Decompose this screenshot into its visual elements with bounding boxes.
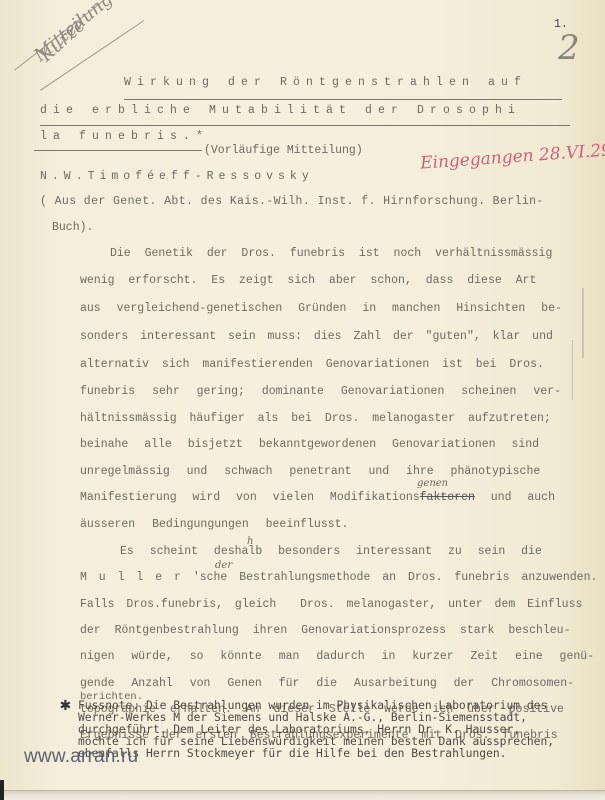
body-line: aus vergleichend-genetischen Gründen in … <box>80 302 562 316</box>
document-page: Kurze Mitteilung. 1. 2 Wirkung der Röntg… <box>0 0 605 800</box>
title-underline <box>34 150 202 151</box>
body-line: der Röntgenbestrahlung ihren Genovariati… <box>80 624 570 638</box>
author: N.W.Timoféeff-Ressovsky <box>40 170 314 184</box>
body-line: äusseren Bedingungungen beeinflusst. <box>80 518 348 532</box>
body-line-tail: und auch <box>475 491 555 504</box>
body-line: beinahe alle bisjetzt bekanntgewordenen … <box>80 438 539 452</box>
title-line-2: die erbliche Mutabilität der Drosophi <box>40 104 521 118</box>
footnote-marker-icon: ✱ <box>60 694 71 716</box>
title-underline <box>40 125 570 126</box>
insertion-der: der <box>215 560 232 571</box>
body-line: unregelmässig und schwach penetrant und … <box>80 465 540 479</box>
body-line-with-strike: Manifestierung wird von vielen Modifikat… <box>80 491 555 505</box>
body-line: funebris sehr gering; dominante Genovari… <box>80 385 561 399</box>
body-line: M u l l e r 'sche Bestrahlungsmethode an… <box>80 571 597 585</box>
subtitle: (Vorläufige Mitteilung) <box>204 144 363 158</box>
received-stamp: Eingegangen 28.VI.29 <box>420 140 605 173</box>
body-line: Die Genetik der Dros. funebris ist noch … <box>110 247 552 261</box>
insertion-h: h <box>247 536 253 547</box>
pencil-note-line-2: Mitteilung. <box>30 0 121 66</box>
struck-word: faktoren <box>420 491 475 504</box>
page-bottom-edge <box>0 790 605 800</box>
body-line: alternativ sich manifestierenden Genovar… <box>80 358 544 372</box>
body-line-text: Manifestierung wird von vielen Modifikat… <box>80 491 420 504</box>
body-line: sonders interessant sein muss: dies Zahl… <box>80 330 553 344</box>
watermark: www.arran.ru <box>24 746 138 768</box>
page-left-shadow <box>0 780 4 800</box>
affiliation-line-2: Buch). <box>52 221 93 235</box>
insertion-genen: genen <box>417 478 448 489</box>
body-line: Falls Dros.funebris, gleich Dros. melano… <box>80 598 582 612</box>
handwritten-page-number: 2 <box>558 28 580 68</box>
margin-pencil-mark <box>572 340 573 400</box>
body-line: hältnissmässig häufiger als bei Dros. me… <box>80 412 551 426</box>
title-underline <box>124 99 562 100</box>
margin-pencil-mark <box>582 288 584 358</box>
body-line: wenig erforscht. Es zeigt sich aber scho… <box>80 274 536 288</box>
affiliation-line-1: ( Aus der Genet. Abt. des Kais.-Wilh. In… <box>40 195 544 209</box>
body-line: nigen würde, so könnte man dadurch in ku… <box>80 650 594 664</box>
footnote-line-5: ebenfalls Herrn Stockmeyer für die Hilfe… <box>78 748 506 760</box>
title-line-1: Wirkung der Röntgenstrahlen auf <box>124 76 527 90</box>
body-line: gende Anzahl von Genen für die Ausarbeit… <box>80 677 574 691</box>
body-line: Es scheint deshalb besonders interessant… <box>120 545 542 559</box>
title-line-3: la funebris.* <box>40 130 209 144</box>
